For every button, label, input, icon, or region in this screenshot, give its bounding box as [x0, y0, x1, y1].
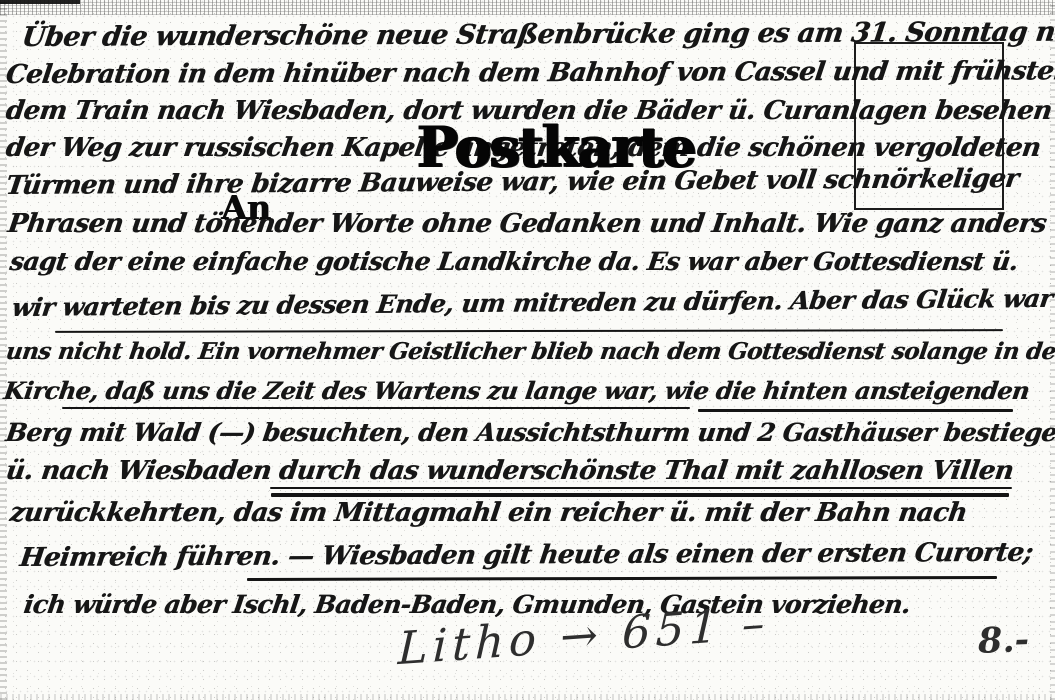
- ink-underline-line10-left: [62, 407, 690, 409]
- postcard-title: Postkarte: [416, 113, 694, 179]
- ink-underline-line14: [247, 576, 997, 580]
- handwriting-line-10: Kirche, daß uns die Zeit des Wartens zu …: [2, 376, 1031, 405]
- handwriting-line-14: Heimreich führen. — Wiesbaden gilt heute…: [18, 538, 1035, 573]
- handwriting-line-15: ich würde aber Ischl, Baden-Baden, Gmund…: [22, 590, 912, 619]
- handwriting-line-11: Berg mit Wald (—) besuchten, den Aussich…: [4, 418, 1055, 447]
- ink-underline-line10-right: [698, 409, 1013, 412]
- handwriting-line-7: sagt der eine einfache gotische Landkirc…: [8, 247, 1020, 276]
- ink-underline-line8: [55, 329, 1003, 333]
- handwriting-line-6: Phrasen und tönender Worte ohne Gedanken…: [6, 209, 1048, 239]
- postcard-scan: Über die wunderschöne neue Straßenbrücke…: [0, 0, 1055, 700]
- handwriting-line-2: Celebration in dem hinüber nach dem Bahn…: [4, 56, 1055, 90]
- address-prefix-label: An: [221, 188, 271, 227]
- handwriting-line-13: zurückkehrten, das im Mittagmahl ein rei…: [8, 498, 969, 528]
- ink-underline-line12-thin: [270, 487, 1012, 489]
- ink-underline-line12-thick: [271, 493, 1009, 497]
- scan-edge-artifact-top: [0, 0, 1055, 15]
- scan-edge-artifact-bottom: [0, 694, 1055, 700]
- handwriting-line-9: uns nicht hold. Ein vornehmer Geistliche…: [4, 338, 1055, 365]
- price-annotation: 8.-: [977, 619, 1029, 662]
- handwriting-line-1: Über die wunderschöne neue Straßenbrücke…: [20, 16, 1055, 53]
- scan-edge-artifact-topbar: [0, 0, 80, 4]
- handwriting-line-8: wir warteten bis zu dessen Ende, um mitr…: [10, 284, 1054, 322]
- handwriting-line-12: ü. nach Wiesbaden durch das wunderschöns…: [4, 456, 1015, 486]
